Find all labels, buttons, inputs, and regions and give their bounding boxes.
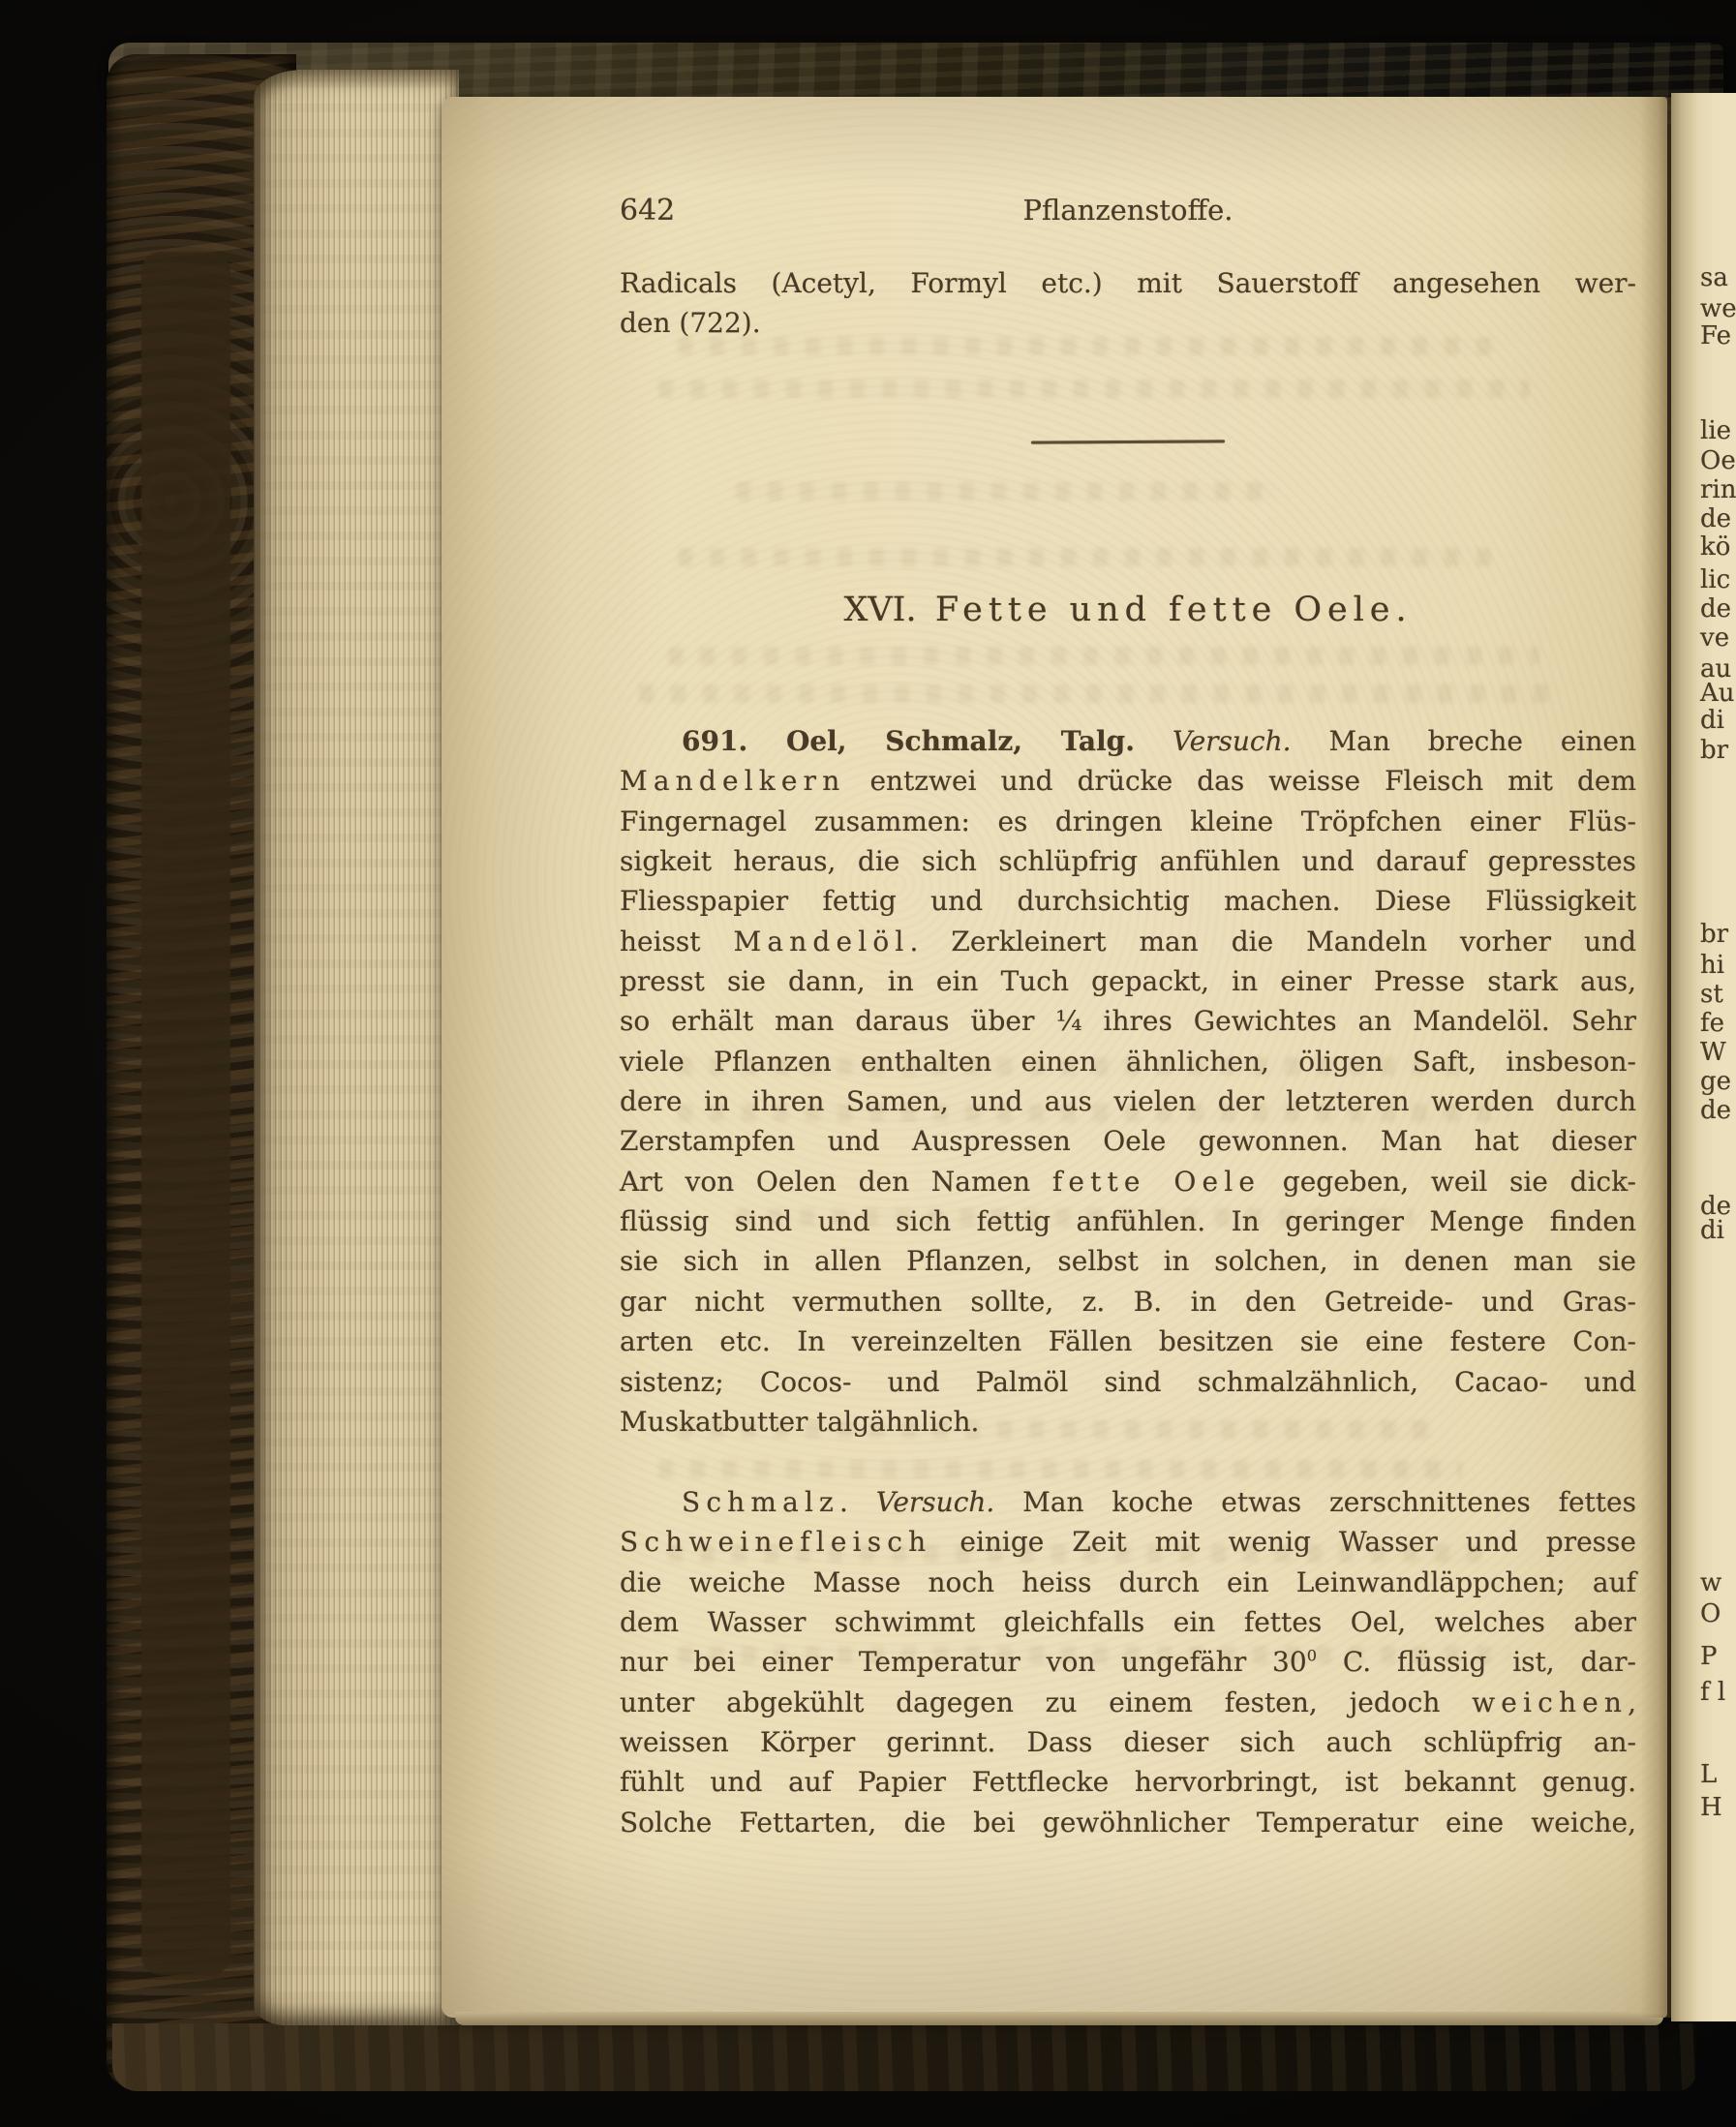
text-line: die weiche Masse noch heiss durch ein Le… — [620, 1563, 1636, 1602]
text-line: den (722). — [620, 303, 1636, 343]
facing-page-text-fragment: ge — [1700, 1067, 1731, 1096]
facing-page-text-fragment: lic — [1700, 565, 1730, 594]
facing-page-text-fragment: Oe — [1700, 446, 1736, 475]
text-line: Zerstampfen und Auspressen Oele gewonnen… — [620, 1121, 1636, 1161]
text-line: dere in ihren Samen, und aus vielen der … — [620, 1081, 1636, 1121]
text-line: presst sie dann, in ein Tuch gepackt, in… — [620, 961, 1636, 1001]
text-line: weissen Körper gerinnt. Dass dieser sich… — [620, 1722, 1636, 1762]
text-line: sistenz; Cocos- und Palmöl sind schmalzä… — [620, 1362, 1636, 1402]
section-numeral: XVI. — [843, 591, 916, 629]
text-line: Art von Oelen den Namen fette Oele gegeb… — [620, 1162, 1636, 1201]
facing-page-text-fragment: di — [1700, 1216, 1724, 1245]
text-line: Solche Fettarten, die bei gewöhnlicher T… — [620, 1803, 1636, 1842]
photo-backdrop: { "book_page": { "page_number": "642", "… — [0, 0, 1736, 2127]
facing-page-text-fragment: sa — [1700, 263, 1728, 292]
book-cover-bottom-edge — [112, 2023, 1696, 2091]
text-line: Muskatbutter talgähnlich. — [620, 1402, 1636, 1442]
text-line: unter abgekühlt dagegen zu einem festen,… — [620, 1683, 1636, 1722]
page-edge-stack — [254, 70, 459, 2025]
text-line: Radicals (Acetyl, Formyl etc.) mit Sauer… — [620, 263, 1636, 303]
text-line: Fingernagel zusammen: es dringen kleine … — [620, 802, 1636, 841]
facing-page-text-fragment: H — [1700, 1793, 1722, 1822]
facing-page-text-fragment: ve — [1700, 623, 1729, 653]
paragraph-schmalz: Schmalz. Versuch. Man koche etwas zersch… — [620, 1482, 1636, 1842]
facing-page-text-fragment: P — [1700, 1642, 1718, 1671]
text-line: Schmalz. Versuch. Man koche etwas zersch… — [620, 1482, 1636, 1522]
facing-page-text-fragment: we — [1700, 294, 1736, 323]
facing-page-text-fragment: hi — [1700, 951, 1724, 980]
facing-page-text-fragment: br — [1700, 736, 1728, 765]
text-line: Fliesspapier fettig und durchsichtig mac… — [620, 881, 1636, 921]
text-line: gar nicht vermuthen sollte, z. B. in den… — [620, 1282, 1636, 1322]
section-title: Fette und fette Oele. — [935, 591, 1413, 629]
text-line: viele Pflanzen enthalten einen ähnlichen… — [620, 1042, 1636, 1081]
text-line: Schweinefleisch einige Zeit mit wenig Wa… — [620, 1522, 1636, 1562]
text-line: heisst Mandelöl. Zerkleinert man die Man… — [620, 922, 1636, 961]
facing-page-text-fragment: kö — [1700, 532, 1730, 562]
facing-page-text-fragment: rin — [1700, 475, 1736, 504]
facing-page-text-fragment: de — [1700, 594, 1731, 623]
text-line: so erhält man daraus über ¼ ihres Gewich… — [620, 1001, 1636, 1041]
text-line: Mandelkern entzwei und drücke das weisse… — [620, 761, 1636, 801]
facing-page-text-fragment: di — [1700, 706, 1724, 735]
facing-page-text-fragment: Fe — [1700, 321, 1731, 350]
text-line: sigkeit heraus, die sich schlüpfrig anfü… — [620, 841, 1636, 881]
facing-page-text-fragment: br — [1700, 920, 1728, 949]
facing-page-text-fragment: L — [1700, 1760, 1717, 1789]
facing-page-text-fragment: de — [1700, 1096, 1731, 1125]
text-line: nur bei einer Temperatur von ungefähr 30… — [620, 1642, 1636, 1682]
text-line: flüssig sind und sich fettig anfühlen. I… — [620, 1201, 1636, 1241]
text-line: sie sich in allen Pflanzen, selbst in so… — [620, 1241, 1636, 1281]
page-bottom-edge — [455, 2012, 1663, 2025]
page-header: 642 Pflanzenstoffe. — [620, 194, 1636, 232]
facing-page-text-fragment: f l — [1700, 1678, 1725, 1707]
facing-page-text-fragment: Au — [1700, 679, 1735, 708]
facing-page-text-fragment: st — [1700, 980, 1723, 1009]
book-spine-marbling — [141, 252, 230, 1975]
running-header: Pflanzenstoffe. — [620, 194, 1636, 227]
facing-page-text-fragment: W — [1700, 1038, 1726, 1067]
facing-page-text-fragment: w — [1700, 1568, 1721, 1597]
text-line: fühlt und auf Papier Fettflecke hervorbr… — [620, 1762, 1636, 1802]
facing-page-text-fragment: O — [1700, 1599, 1721, 1628]
facing-page-text-fragment: lie — [1700, 416, 1731, 445]
facing-page-fragments: saweFelieOerindekölicdeveauAudibrbrhistf… — [1700, 0, 1736, 2127]
intro-paragraph: Radicals (Acetyl, Formyl etc.) mit Sauer… — [620, 263, 1636, 344]
text-line: 691. Oel, Schmalz, Talg. Versuch. Man br… — [620, 721, 1636, 761]
paragraph-691: 691. Oel, Schmalz, Talg. Versuch. Man br… — [620, 721, 1636, 1442]
text-line: dem Wasser schwimmt gleichfalls ein fett… — [620, 1602, 1636, 1642]
section-heading: XVI.Fette und fette Oele. — [620, 591, 1636, 629]
text-line: arten etc. In vereinzelten Fällen besitz… — [620, 1322, 1636, 1361]
facing-page-text-fragment: de — [1700, 504, 1731, 533]
facing-page-text-fragment: fe — [1700, 1009, 1724, 1038]
